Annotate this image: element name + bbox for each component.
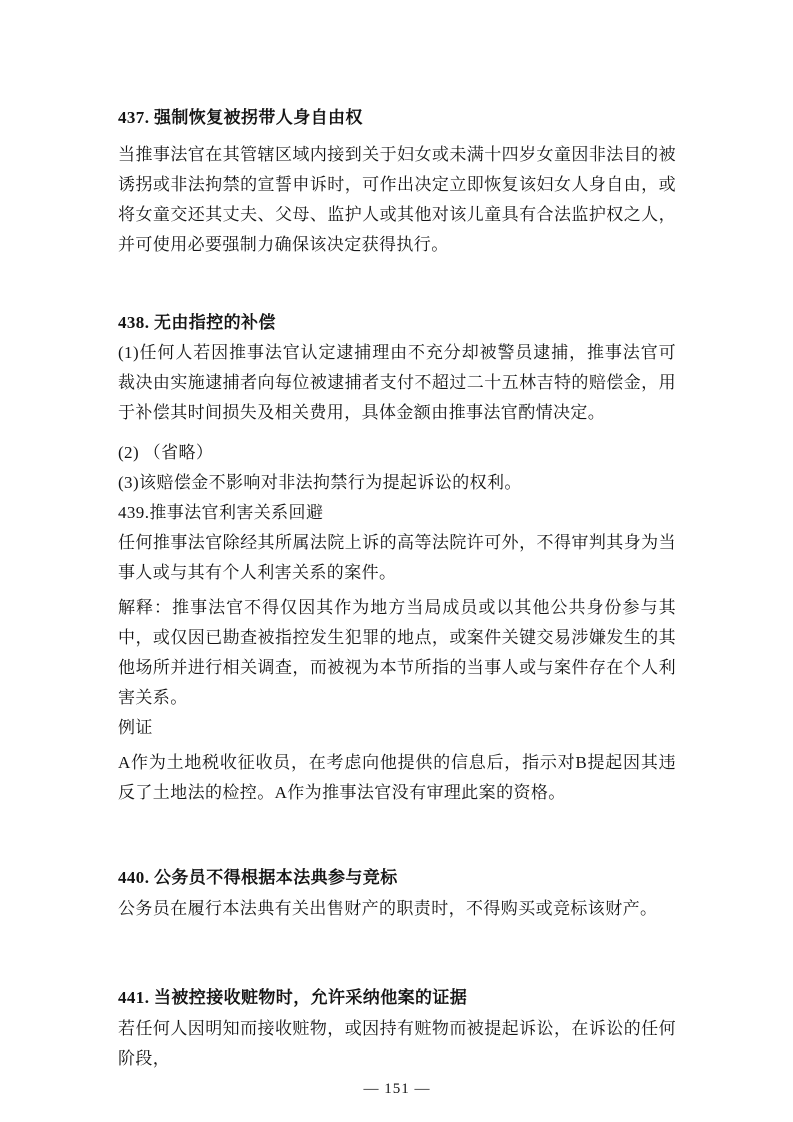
section-439-heading: 439.推事法官利害关系回避 (118, 498, 676, 528)
section-437-heading: 437. 强制恢复被拐带人身自由权 (118, 103, 676, 133)
section-440-body: 公务员在履行本法典有关出售财产的职责时，不得购买或竞标该财产。 (118, 894, 676, 924)
section-441-body: 若任何人因明知而接收赃物，或因持有赃物而被提起诉讼，在诉讼的任何阶段， (118, 1014, 676, 1074)
section-438-heading: 438. 无由指控的补偿 (118, 308, 676, 338)
section-438-clause-3: (3)该赔偿金不影响对非法拘禁行为提起诉讼的权利。 (118, 468, 676, 498)
section-439-explanation: 解释：推事法官不得仅因其作为地方当局成员或以其他公共身份参与其中，或仅因已勘查被… (118, 593, 676, 713)
document-page: 437. 强制恢复被拐带人身自由权 当推事法官在其管辖区域内接到关于妇女或未满十… (0, 0, 793, 1122)
section-440-heading: 440. 公务员不得根据本法典参与竞标 (118, 863, 676, 893)
section-441-heading: 441. 当被控接收赃物时，允许采纳他案的证据 (118, 983, 676, 1013)
page-number: — 151 — (118, 1074, 676, 1104)
section-437-body: 当推事法官在其管辖区域内接到关于妇女或未满十四岁女童因非法目的被诱拐或非法拘禁的… (118, 140, 676, 260)
section-439-body: 任何推事法官除经其所属法院上诉的高等法院许可外，不得审判其身为当事人或与其有个人… (118, 528, 676, 588)
page-content: 437. 强制恢复被拐带人身自由权 当推事法官在其管辖区域内接到关于妇女或未满十… (0, 0, 793, 1104)
section-439-illustration-label: 例证 (118, 713, 676, 743)
section-438-clause-2: (2) （省略） (118, 438, 676, 468)
section-438-clause-1: (1)任何人若因推事法官认定逮捕理由不充分却被警员逮捕，推事法官可裁决由实施逮捕… (118, 338, 676, 428)
section-439-illustration: A作为土地税收征收员，在考虑向他提供的信息后，指示对B提起因其违反了土地法的检控… (118, 748, 676, 808)
